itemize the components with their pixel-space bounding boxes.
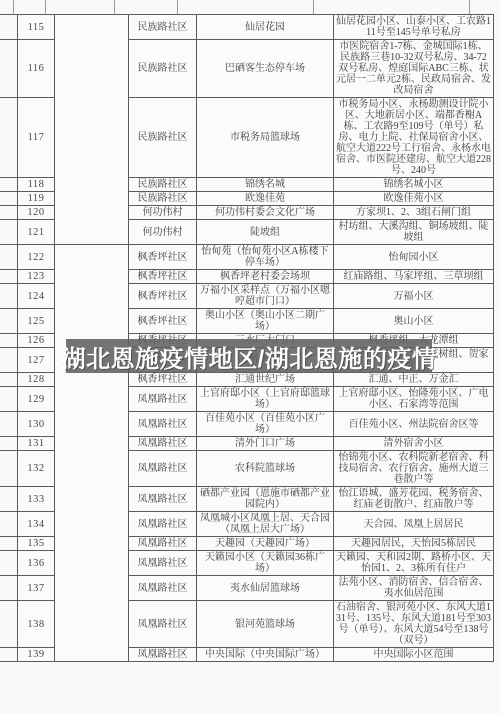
coverage-area-cell: 天趣园居民，天怡园5栋居民 [334,537,494,551]
sampling-site-cell: 夷水仙居篮球场 [197,576,334,601]
street-merged-cell [55,245,129,662]
clipped-left-column-cell [0,648,18,662]
row-number-cell: 117 [18,98,55,178]
clipped-left-column-cell [0,220,18,245]
sampling-site-cell: 怡甸苑（怡甸苑小区A栋楼下停车场） [197,245,334,270]
community-cell: 民族路社区 [129,15,197,40]
community-cell: 枫香坪社区 [129,245,197,270]
coverage-area-cell: 万福小区 [334,284,494,309]
coverage-area-cell: 天合园、凤凰上居居民 [334,512,494,537]
coverage-area-cell: 怡锦苑小区、农科院新老宿舍、科技局宿舍、农行宿舍、施州大道三巷散户等 [334,451,494,487]
community-cell: 枫香坪社区 [129,284,197,309]
row-number-cell: 125 [18,309,55,334]
community-cell: 何功伟村 [129,206,197,220]
clipped-left-column-cell [0,206,18,220]
sampling-site-cell: 中央国际（中央国际广场） [197,648,334,662]
community-cell: 枫香坪社区 [129,309,197,334]
coverage-area-cell: 锦绣名城小区 [334,178,494,192]
row-number-cell: 116 [18,40,55,98]
row-number-cell: 136 [18,551,55,576]
row-number-cell: 122 [18,245,55,270]
row-number-cell: 137 [18,576,55,601]
community-cell: 凤凰路社区 [129,576,197,601]
clipped-left-column-cell [0,576,18,601]
clipped-left-column-cell [0,601,18,648]
coverage-area-cell: 市税务局小区、永杨勘测设计院小区、大地新居小区、端都香榭A栋、工农路9至109号… [334,98,494,178]
community-cell: 凤凰路社区 [129,412,197,437]
table-border-stub [469,0,470,15]
clipped-left-column-cell [0,15,18,40]
clipped-left-column-cell [0,451,18,487]
community-cell: 凤凰路社区 [129,537,197,551]
coverage-area-cell: 法苑小区、消防宿舍、信合宿舍、夷水仙居范围 [334,576,494,601]
clipped-left-column-cell [0,373,18,387]
sampling-site-cell: 清外门口广场 [197,437,334,451]
table-border-stub [114,0,115,15]
coverage-area-cell: 奥山小区 [334,309,494,334]
sampling-site-cell: 欧逸佳苑 [197,192,334,206]
row-number-cell: 129 [18,387,55,412]
row-number-cell: 118 [18,178,55,192]
community-cell: 枫香坪社区 [129,270,197,284]
community-cell: 枫香坪社区 [129,373,197,387]
sampling-site-cell: 锦绣名城 [197,178,334,192]
clipped-left-column-cell [0,245,18,270]
sampling-site-cell: 上官府邸小区（上官府邸篮球场） [197,387,334,412]
clipped-left-column-cell [0,412,18,437]
clipped-left-column-cell [0,98,18,178]
row-number-cell: 130 [18,412,55,437]
coverage-area-cell: 上官府邸小区、怡隆苑小区、广电小区、石家湾等范围 [334,387,494,412]
clipped-left-column-cell [0,192,18,206]
clipped-left-column-cell [0,309,18,334]
clipped-left-column-cell [0,178,18,192]
coverage-area-cell: 村坊组、大溪沟组、铜场坡组、陡坡组 [334,220,494,245]
clipped-left-column-cell [0,348,18,373]
sampling-site-cell: 百佳苑小区（百佳苑小区广场） [197,412,334,437]
table-border-stub [45,0,46,15]
street-merged-cell [55,15,129,245]
sampling-site-cell: 硒都产业园（恩施市硒都产业园院内） [197,487,334,512]
table-border-stub [177,0,178,15]
clipped-left-column-cell [0,551,18,576]
row-number-cell: 127 [18,348,55,373]
sampling-site-cell: 凤凰城小区凤凰上居、天合园（凤凰上居大广场） [197,512,334,537]
row-number-cell: 124 [18,284,55,309]
row-number-cell: 135 [18,537,55,551]
sampling-site-cell: 仙居花园 [197,15,334,40]
coverage-area-cell: 欧逸佳苑小区 [334,192,494,206]
community-cell: 凤凰路社区 [129,551,197,576]
sampling-site-cell: 万福小区采样点（万福小区嗯哼超市门口） [197,284,334,309]
community-cell: 凤凰路社区 [129,387,197,412]
clipped-left-column-cell [0,537,18,551]
coverage-area-cell: 天籁园、天和园2期、路桥小区、天怡园1、2、3栋所有住户 [334,551,494,576]
community-cell: 凤凰路社区 [129,512,197,537]
community-cell: 民族路社区 [129,98,197,178]
clipped-left-column-cell [0,270,18,284]
community-cell: 民族路社区 [129,192,197,206]
community-cell: 民族路社区 [129,40,197,98]
clipped-left-column-cell [0,487,18,512]
sampling-site-cell: 枫香坪老村委会场坝 [197,270,334,284]
row-number-cell: 139 [18,648,55,662]
scanned-document-page: 115民族路社区仙居花园仙居花园小区、山泰小区、工农路111号至145号单号私房… [0,0,500,714]
clipped-left-column-cell [0,387,18,412]
coverage-area-cell: 清外宿舍小区 [334,437,494,451]
clipped-left-column-cell [0,40,18,98]
row-number-cell: 123 [18,270,55,284]
row-number-cell: 131 [18,437,55,451]
table-border-stub [313,0,314,15]
row-number-cell: 134 [18,512,55,537]
clipped-left-column-cell [0,334,18,348]
sampling-site-cell: 何功伟村委会文化广场 [197,206,334,220]
community-cell: 凤凰路社区 [129,648,197,662]
coverage-area-cell: 仙居花园小区、山泰小区、工农路111号至145号单号私房 [334,15,494,40]
community-cell: 凤凰路社区 [129,451,197,487]
row-number-cell: 126 [18,334,55,348]
sampling-site-cell: 汇通世纪广场 [197,373,334,387]
table-border-stub [13,0,14,15]
community-cell: 凤凰路社区 [129,601,197,648]
coverage-area-cell: 红庙路组、马家坪组、三草坝组 [334,270,494,284]
community-cell: 凤凰路社区 [129,437,197,451]
coverage-area-cell: 方家坝1、2、3组石闸门组 [334,206,494,220]
sampling-site-cell: 天籁园小区（天籁园36栋广场） [197,551,334,576]
coverage-area-cell: 市医院宿舍1-7栋、金城国际1栋、民族路三巷10-32双号私房、34-72双号私… [334,40,494,98]
sampling-site-cell: 银河苑篮球场 [197,601,334,648]
community-cell: 何功伟村 [129,220,197,245]
sampling-site-cell: 陡坡组 [197,220,334,245]
sampling-site-cell: 巴硒客生态停车场 [197,40,334,98]
coverage-area-cell: 怡江语城、盛芳花园、税务宿舍、红庙老街散户、红庙散户等 [334,487,494,512]
coverage-area-cell: 中央国际小区范围 [334,648,494,662]
row-number-cell: 119 [18,192,55,206]
table-row: 115民族路社区仙居花园仙居花园小区、山泰小区、工农路111号至145号单号私房 [0,15,494,40]
row-number-cell: 128 [18,373,55,387]
row-number-cell: 132 [18,451,55,487]
watermark-overlay: 湖北恩施疫情地区/湖北恩施的疫情 [66,339,432,373]
table-row: 122枫香坪社区怡甸苑（怡甸苑小区A栋楼下停车场）怡甸园小区 [0,245,494,270]
community-cell: 民族路社区 [129,178,197,192]
row-number-cell: 120 [18,206,55,220]
clipped-left-column-cell [0,284,18,309]
coverage-area-cell: 百佳苑小区、州法院宿舍区等 [334,412,494,437]
clipped-left-column-cell [0,437,18,451]
sampling-site-cell: 天趣园（天趣园广场） [197,537,334,551]
clipped-left-column-cell [0,512,18,537]
row-number-cell: 138 [18,601,55,648]
row-number-cell: 121 [18,220,55,245]
sampling-site-cell: 奥山小区（奥山小区二期广场） [197,309,334,334]
row-number-cell: 115 [18,15,55,40]
coverage-area-cell: 怡甸园小区 [334,245,494,270]
row-number-cell: 133 [18,487,55,512]
sampling-site-cell: 市税务局篮球场 [197,98,334,178]
sampling-site-cell: 农科院篮球场 [197,451,334,487]
coverage-area-cell: 石油宿舍、银河苑小区、东风大道131号、135号、东风大道181号至303号（单… [334,601,494,648]
community-cell: 凤凰路社区 [129,487,197,512]
coverage-area-cell: 汇通、中正、万金汇 [334,373,494,387]
